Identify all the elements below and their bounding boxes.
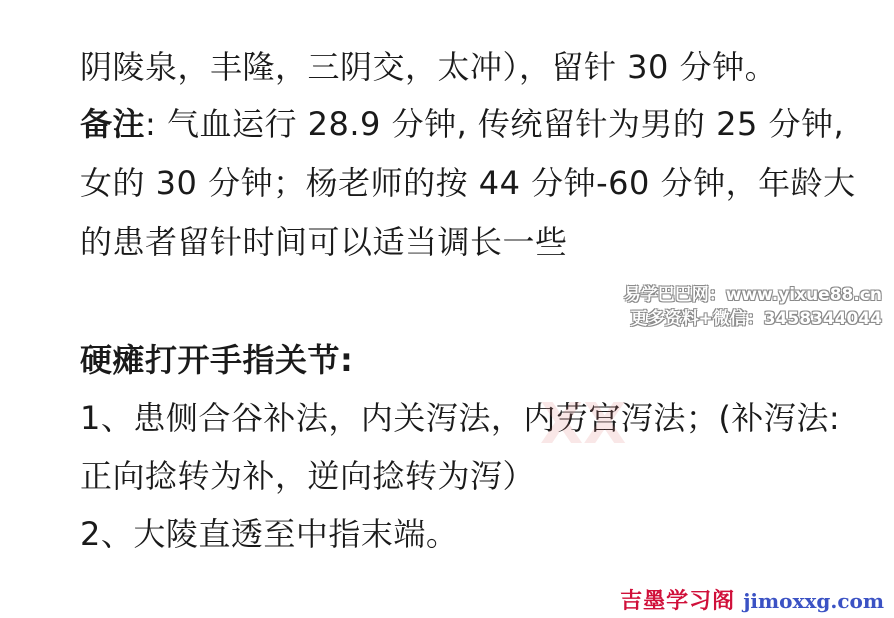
- text-line-6: 正向捻转为补，逆向捻转为泻）: [80, 456, 535, 496]
- note-label: 备注: [80, 105, 145, 143]
- faint-watermark: XX: [540, 392, 610, 452]
- note-text: : 气血运行 28.9 分钟, 传统留针为男的 25 分钟,: [145, 105, 844, 143]
- watermark-jimoxxg: 吉墨学习阁jimoxxg.com: [620, 588, 884, 615]
- watermark-yixue-line2: 更多资料+微信：3458344044: [624, 307, 882, 331]
- watermark-yixue-line1: 易学巴巴网：www.yixue88.cn: [624, 283, 882, 307]
- text-line-3: 女的 30 分钟；杨老师的按 44 分钟-60 分钟，年龄大: [80, 163, 856, 203]
- text-line-5: 1、患侧合谷补法，内关泻法，内劳宫泻法；(补泻法:: [80, 398, 840, 438]
- watermark-jimoxxg-cn: 吉墨学习阁: [620, 589, 735, 614]
- watermark-jimoxxg-en: jimoxxg.com: [743, 589, 884, 613]
- text-line-7: 2、大陵直透至中指末端。: [80, 514, 458, 554]
- text-line-4: 的患者留针时间可以适当调长一些: [80, 222, 568, 262]
- section-heading: 硬瘫打开手指关节:: [80, 340, 353, 380]
- text-line-1: 阴陵泉，丰隆，三阴交，太冲），留针 30 分钟。: [80, 47, 777, 87]
- text-line-2: 备注: 气血运行 28.9 分钟, 传统留针为男的 25 分钟,: [80, 104, 844, 144]
- watermark-yixue: 易学巴巴网：www.yixue88.cn 更多资料+微信：3458344044: [624, 283, 882, 331]
